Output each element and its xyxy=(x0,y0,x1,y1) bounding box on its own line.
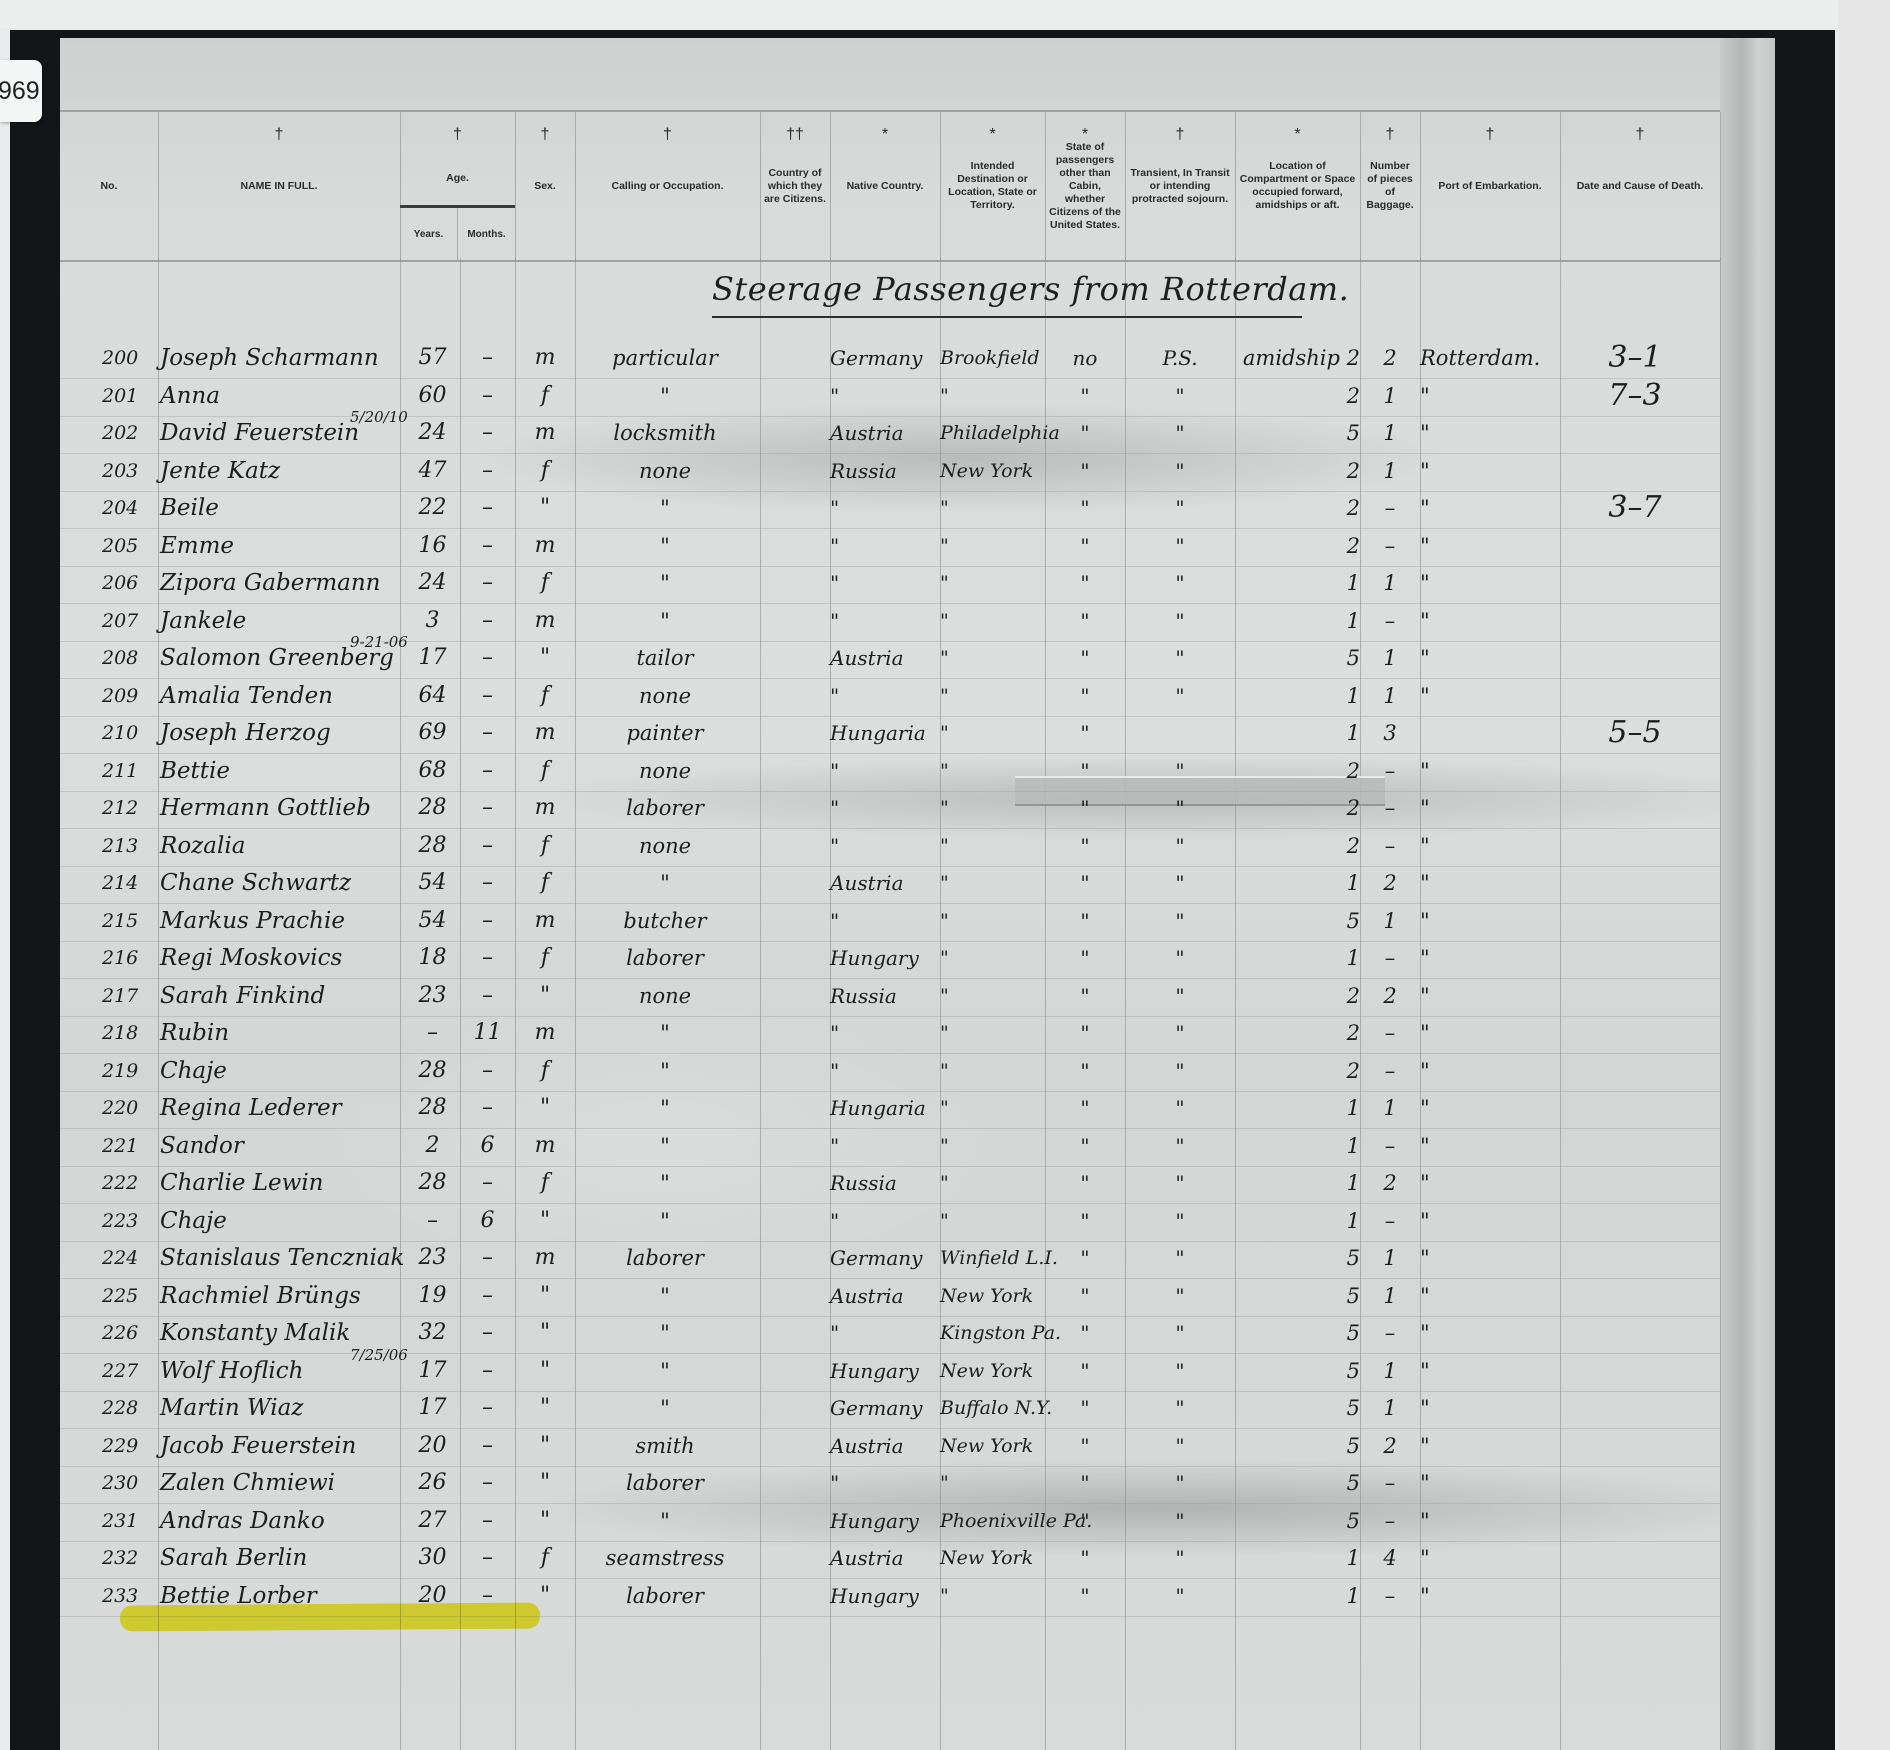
cell-location: 5 xyxy=(1235,901,1368,941)
cell-years: 28 xyxy=(405,788,460,828)
column-label: State of passengers other than Cabin, wh… xyxy=(1045,141,1125,232)
cell-port: " xyxy=(1420,1051,1560,1091)
cell-years: 17 xyxy=(405,638,460,678)
table-row: 218Rubin–11m"""""2–" xyxy=(60,1013,1720,1054)
table-row: 206Zipora Gabermann24–f"""""11" xyxy=(60,563,1720,604)
cell-transient: " xyxy=(1125,1088,1235,1128)
cell-death xyxy=(1560,413,1710,453)
cell-transient: " xyxy=(1125,1238,1235,1278)
cell-years: 23 xyxy=(405,1238,460,1278)
cell-location: 1 xyxy=(1235,563,1368,603)
cell-native: Hungary xyxy=(830,1576,935,1616)
column-marker: * xyxy=(830,128,940,141)
cell-port xyxy=(1420,713,1560,753)
cell-death: 3–1 xyxy=(1560,338,1710,378)
cell-port: " xyxy=(1420,413,1560,453)
cell-transient: " xyxy=(1125,938,1235,978)
column-marker: * xyxy=(1045,128,1125,141)
cell-no: 206 xyxy=(102,563,152,603)
cell-state: " xyxy=(1045,1163,1125,1203)
cell-no: 219 xyxy=(102,1051,152,1091)
cell-death xyxy=(1560,1276,1710,1316)
column-header-age: †Age.Years.Months. xyxy=(400,112,516,260)
table-row: 225Rachmiel Brüngs19–""AustriaNew York""… xyxy=(60,1276,1720,1317)
column-marker: †† xyxy=(760,128,830,141)
column-header-name: †NAME IN FULL. xyxy=(158,112,401,260)
cell-port: " xyxy=(1420,938,1560,978)
column-label: No. xyxy=(97,180,122,193)
cell-native: Hungary xyxy=(830,1501,935,1541)
cell-native: " xyxy=(830,676,935,716)
cell-state: " xyxy=(1045,1538,1125,1578)
cell-state: " xyxy=(1045,713,1125,753)
cell-occupation: laborer xyxy=(575,1238,755,1278)
cell-destination: " xyxy=(940,563,1050,603)
cell-state: " xyxy=(1045,826,1125,866)
cell-native: " xyxy=(830,1313,935,1353)
cell-baggage: 2 xyxy=(1360,863,1420,903)
cell-port: " xyxy=(1420,1463,1560,1503)
table-row: 202David Feuerstein24–mlocksmithAustriaP… xyxy=(60,413,1720,454)
cell-years: 28 xyxy=(405,826,460,866)
cell-port: " xyxy=(1420,1388,1560,1428)
cell-destination: Phoenixville Pa. xyxy=(940,1501,1050,1541)
cell-months: – xyxy=(460,413,515,453)
cell-location: 5 xyxy=(1235,413,1368,453)
cell-native: Germany xyxy=(830,1238,935,1278)
cell-death xyxy=(1560,1238,1710,1278)
cell-port: " xyxy=(1420,1163,1560,1203)
cell-sex: " xyxy=(515,976,575,1016)
cell-transient: " xyxy=(1125,1426,1235,1466)
cell-sex: m xyxy=(515,788,575,828)
cell-state: " xyxy=(1045,1576,1125,1616)
cell-years: 16 xyxy=(405,526,460,566)
cell-occupation: " xyxy=(575,1388,755,1428)
cell-baggage: 1 xyxy=(1360,901,1420,941)
cell-death xyxy=(1560,1051,1710,1091)
cell-no: 228 xyxy=(102,1388,152,1428)
cell-death xyxy=(1560,1013,1710,1053)
column-label: Intended Destination or Location, State … xyxy=(940,160,1045,212)
column-label: Date and Cause of Death. xyxy=(1573,180,1708,193)
cell-sex: m xyxy=(515,901,575,941)
column-label: Transient, In Transit or intending protr… xyxy=(1125,167,1235,206)
manifest-header-row: No.†NAME IN FULL.†Age.Years.Months.†Sex.… xyxy=(60,110,1720,262)
cell-location: 2 xyxy=(1235,788,1368,828)
cell-months: – xyxy=(460,638,515,678)
column-marker: * xyxy=(1235,128,1360,141)
cell-destination: " xyxy=(940,526,1050,566)
table-row: 201Anna60–f"""""21"7–3 xyxy=(60,376,1720,417)
manifest-section-title: Steerage Passengers from Rotterdam. xyxy=(712,270,1302,318)
cell-native: " xyxy=(830,601,935,641)
cell-death xyxy=(1560,1501,1710,1541)
cell-occupation: " xyxy=(575,1013,755,1053)
cell-baggage: 1 xyxy=(1360,638,1420,678)
cell-port: " xyxy=(1420,751,1560,791)
cell-destination: " xyxy=(940,938,1050,978)
cell-destination: " xyxy=(940,976,1050,1016)
cell-state: " xyxy=(1045,976,1125,1016)
cell-destination: " xyxy=(940,601,1050,641)
cell-months: – xyxy=(460,1088,515,1128)
cell-months: – xyxy=(460,751,515,791)
cell-death xyxy=(1560,638,1710,678)
cell-transient: " xyxy=(1125,863,1235,903)
cell-occupation: " xyxy=(575,1201,755,1241)
table-row: 222Charlie Lewin28–f"Russia"""12" xyxy=(60,1163,1720,1204)
cell-sex: f xyxy=(515,938,575,978)
cell-state: " xyxy=(1045,488,1125,528)
cell-state: " xyxy=(1045,1388,1125,1428)
cell-years: 57 xyxy=(405,338,460,378)
cell-transient: " xyxy=(1125,1576,1235,1616)
cell-destination: " xyxy=(940,638,1050,678)
cell-state: " xyxy=(1045,1463,1125,1503)
cell-state: " xyxy=(1045,938,1125,978)
table-row: 223Chaje–6""""""1–" xyxy=(60,1201,1720,1242)
cell-baggage: – xyxy=(1360,601,1420,641)
table-row: 231Andras Danko27–""HungaryPhoenixville … xyxy=(60,1501,1720,1542)
cell-port: " xyxy=(1420,1501,1560,1541)
column-label: Port of Embarkation. xyxy=(1434,180,1545,193)
cell-location: 2 xyxy=(1235,526,1368,566)
cell-no: 214 xyxy=(102,863,152,903)
cell-months: – xyxy=(460,1426,515,1466)
cell-destination: " xyxy=(940,1013,1050,1053)
cell-state: " xyxy=(1045,863,1125,903)
table-row: 204Beile22–""""""2–"3–7 xyxy=(60,488,1720,529)
manifest-scan: No.†NAME IN FULL.†Age.Years.Months.†Sex.… xyxy=(60,38,1775,1750)
cell-state: " xyxy=(1045,1276,1125,1316)
cell-native: Hungaria xyxy=(830,1088,935,1128)
cell-months: – xyxy=(460,1463,515,1503)
cell-sex: m xyxy=(515,713,575,753)
cell-transient: " xyxy=(1125,601,1235,641)
cell-port: " xyxy=(1420,1538,1560,1578)
table-row: 214Chane Schwartz54–f"Austria"""12" xyxy=(60,863,1720,904)
cell-years: 17 xyxy=(405,1351,460,1391)
cell-baggage: 1 xyxy=(1360,1351,1420,1391)
column-header-sex: †Sex. xyxy=(515,112,576,260)
cell-sex: f xyxy=(515,676,575,716)
cell-sex: " xyxy=(515,1351,575,1391)
cell-location: 1 xyxy=(1235,1201,1368,1241)
cell-occupation: " xyxy=(575,526,755,566)
cell-sex: m xyxy=(515,526,575,566)
cell-transient: " xyxy=(1125,376,1235,416)
cell-port: " xyxy=(1420,1313,1560,1353)
cell-no: 204 xyxy=(102,488,152,528)
cell-transient: " xyxy=(1125,788,1235,828)
cell-no: 202 xyxy=(102,413,152,453)
cell-destination: Brookfield xyxy=(940,338,1050,378)
cell-native: " xyxy=(830,826,935,866)
cell-state: " xyxy=(1045,676,1125,716)
cell-native: Hungaria xyxy=(830,713,935,753)
cell-no: 224 xyxy=(102,1238,152,1278)
cell-port: " xyxy=(1420,1088,1560,1128)
cell-location: 5 xyxy=(1235,1426,1368,1466)
cell-no: 210 xyxy=(102,713,152,753)
cell-destination: New York xyxy=(940,451,1050,491)
cell-port: " xyxy=(1420,451,1560,491)
cell-port: " xyxy=(1420,376,1560,416)
column-header-transient: †Transient, In Transit or intending prot… xyxy=(1125,112,1236,260)
cell-occupation: laborer xyxy=(575,788,755,828)
cell-baggage: 2 xyxy=(1360,1163,1420,1203)
cell-destination: " xyxy=(940,376,1050,416)
cell-years: 19 xyxy=(405,1276,460,1316)
cell-port: Rotterdam. xyxy=(1420,338,1560,378)
cell-baggage: – xyxy=(1360,1013,1420,1053)
cell-months: 6 xyxy=(460,1201,515,1241)
margin-annotation: 9-21-06 xyxy=(350,622,408,662)
cell-baggage: 3 xyxy=(1360,713,1420,753)
cell-death xyxy=(1560,451,1710,491)
column-label: Age. xyxy=(400,172,515,185)
cell-years: 47 xyxy=(405,451,460,491)
cell-location: 2 xyxy=(1235,1013,1368,1053)
cell-no: 222 xyxy=(102,1163,152,1203)
cell-port: " xyxy=(1420,826,1560,866)
cell-location: 2 xyxy=(1235,376,1368,416)
cell-destination: " xyxy=(940,901,1050,941)
cell-port: " xyxy=(1420,1013,1560,1053)
cell-transient: " xyxy=(1125,1276,1235,1316)
cell-native: " xyxy=(830,1051,935,1091)
cell-port: " xyxy=(1420,488,1560,528)
cell-months: – xyxy=(460,488,515,528)
cell-location: 1 xyxy=(1235,1538,1368,1578)
cell-location: 5 xyxy=(1235,1388,1368,1428)
cell-death xyxy=(1560,1126,1710,1166)
table-row: 211Bettie68–fnone""""2–" xyxy=(60,751,1720,792)
cell-state: " xyxy=(1045,1313,1125,1353)
table-row: 210Joseph Herzog69–mpainterHungaria""135… xyxy=(60,713,1720,754)
cell-state: " xyxy=(1045,751,1125,791)
cell-months: – xyxy=(460,1313,515,1353)
cell-port: " xyxy=(1420,676,1560,716)
cell-sex: " xyxy=(515,638,575,678)
cell-native: " xyxy=(830,788,935,828)
cell-baggage: – xyxy=(1360,751,1420,791)
cell-baggage: 2 xyxy=(1360,338,1420,378)
cell-sex: m xyxy=(515,413,575,453)
cell-years: 60 xyxy=(405,376,460,416)
cell-sex: " xyxy=(515,1313,575,1353)
cell-port: " xyxy=(1420,976,1560,1016)
column-header-state: *State of passengers other than Cabin, w… xyxy=(1045,112,1126,260)
cell-state: " xyxy=(1045,526,1125,566)
cell-transient: " xyxy=(1125,1201,1235,1241)
cell-location: 5 xyxy=(1235,1238,1368,1278)
cell-destination: " xyxy=(940,751,1050,791)
cell-occupation: " xyxy=(575,1088,755,1128)
cell-sex: m xyxy=(515,338,575,378)
cell-location: 5 xyxy=(1235,638,1368,678)
table-row: 209Amalia Tenden64–fnone""""11" xyxy=(60,676,1720,717)
cell-transient: " xyxy=(1125,1388,1235,1428)
cell-baggage: 1 xyxy=(1360,376,1420,416)
cell-state: " xyxy=(1045,901,1125,941)
cell-transient: " xyxy=(1125,751,1235,791)
cell-months: – xyxy=(460,713,515,753)
cell-state: " xyxy=(1045,1051,1125,1091)
cell-occupation: " xyxy=(575,1163,755,1203)
cell-years: – xyxy=(405,1201,460,1241)
cell-months: – xyxy=(460,526,515,566)
cell-death xyxy=(1560,901,1710,941)
cell-baggage: – xyxy=(1360,1201,1420,1241)
cell-destination: Kingston Pa. xyxy=(940,1313,1050,1353)
cell-baggage: 1 xyxy=(1360,1238,1420,1278)
cell-destination: New York xyxy=(940,1538,1050,1578)
cell-baggage: – xyxy=(1360,1463,1420,1503)
cell-occupation: laborer xyxy=(575,1463,755,1503)
cell-location: 5 xyxy=(1235,1313,1368,1353)
cell-months: – xyxy=(460,1238,515,1278)
cell-no: 201 xyxy=(102,376,152,416)
cell-state: " xyxy=(1045,1426,1125,1466)
cell-years: 64 xyxy=(405,676,460,716)
cell-sex: " xyxy=(515,1501,575,1541)
cell-transient: " xyxy=(1125,676,1235,716)
cell-months: – xyxy=(460,938,515,978)
cell-years: 32 xyxy=(405,1313,460,1353)
column-marker: † xyxy=(400,128,515,141)
table-row: 205Emme16–m"""""2–" xyxy=(60,526,1720,567)
cell-years: 28 xyxy=(405,1088,460,1128)
cell-occupation: locksmith xyxy=(575,413,755,453)
cell-baggage: 1 xyxy=(1360,563,1420,603)
cell-no: 207 xyxy=(102,601,152,641)
cell-transient: " xyxy=(1125,1501,1235,1541)
cell-no: 205 xyxy=(102,526,152,566)
cell-state: " xyxy=(1045,451,1125,491)
cell-baggage: 4 xyxy=(1360,1538,1420,1578)
cell-death xyxy=(1560,1576,1710,1616)
cell-port: " xyxy=(1420,1351,1560,1391)
cell-baggage: – xyxy=(1360,826,1420,866)
cell-occupation: none xyxy=(575,976,755,1016)
cell-port: " xyxy=(1420,526,1560,566)
page-number-badge[interactable]: 969 xyxy=(0,60,42,122)
cell-years: 2 xyxy=(405,1126,460,1166)
table-row: 200Joseph Scharmann57–mparticularGermany… xyxy=(60,338,1720,379)
cell-state: " xyxy=(1045,376,1125,416)
cell-native: Austria xyxy=(830,1426,935,1466)
table-row: 230Zalen Chmiewi26–"laborer""""5–" xyxy=(60,1463,1720,1504)
cell-occupation: " xyxy=(575,376,755,416)
cell-baggage: – xyxy=(1360,788,1420,828)
cell-destination: " xyxy=(940,1126,1050,1166)
cell-baggage: – xyxy=(1360,1126,1420,1166)
cell-death: 5–5 xyxy=(1560,713,1710,753)
cell-native: Austria xyxy=(830,863,935,903)
cell-baggage: – xyxy=(1360,1313,1420,1353)
cell-baggage: 1 xyxy=(1360,1088,1420,1128)
cell-occupation: particular xyxy=(575,338,755,378)
cell-port: " xyxy=(1420,788,1560,828)
cell-years: 27 xyxy=(405,1501,460,1541)
cell-months: – xyxy=(460,1538,515,1578)
column-marker: † xyxy=(575,128,760,141)
cell-port: " xyxy=(1420,1576,1560,1616)
cell-state: " xyxy=(1045,1238,1125,1278)
cell-death xyxy=(1560,1463,1710,1503)
cell-sex: " xyxy=(515,488,575,528)
cell-months: – xyxy=(460,1276,515,1316)
cell-months: – xyxy=(460,788,515,828)
cell-port: " xyxy=(1420,1201,1560,1241)
table-row: 213Rozalia28–fnone""""2–" xyxy=(60,826,1720,867)
cell-destination: " xyxy=(940,1163,1050,1203)
margin-annotation: 7/25/06 xyxy=(350,1335,408,1375)
column-label: Country of which they are Citizens. xyxy=(760,167,830,206)
column-header-native: *Native Country. xyxy=(830,112,941,260)
cell-sex: f xyxy=(515,563,575,603)
cell-port: " xyxy=(1420,1276,1560,1316)
cell-location: 5 xyxy=(1235,1276,1368,1316)
cell-transient: " xyxy=(1125,638,1235,678)
cell-transient: " xyxy=(1125,1163,1235,1203)
cell-location: 5 xyxy=(1235,1351,1368,1391)
cell-destination: Philadelphia xyxy=(940,413,1050,453)
column-label: Native Country. xyxy=(843,180,928,193)
table-row: 212Hermann Gottlieb28–mlaborer""""2–" xyxy=(60,788,1720,829)
cell-no: 223 xyxy=(102,1201,152,1241)
cell-years: 54 xyxy=(405,901,460,941)
cell-occupation: " xyxy=(575,563,755,603)
cell-no: 209 xyxy=(102,676,152,716)
cell-location: amidship 2 xyxy=(1235,338,1368,378)
cell-baggage: – xyxy=(1360,488,1420,528)
cell-no: 211 xyxy=(102,751,152,791)
cell-occupation: butcher xyxy=(575,901,755,941)
cell-no: 215 xyxy=(102,901,152,941)
cell-sex: f xyxy=(515,376,575,416)
table-row: 217Sarah Finkind23–"noneRussia"""22" xyxy=(60,976,1720,1017)
column-marker: † xyxy=(158,128,400,141)
table-row: 229Jacob Feuerstein20–"smithAustriaNew Y… xyxy=(60,1426,1720,1467)
cell-transient: " xyxy=(1125,526,1235,566)
cell-death: 7–3 xyxy=(1560,376,1710,416)
cell-transient: " xyxy=(1125,1126,1235,1166)
cell-destination: " xyxy=(940,713,1050,753)
cell-years: 18 xyxy=(405,938,460,978)
cell-death xyxy=(1560,676,1710,716)
cell-death xyxy=(1560,976,1710,1016)
cell-death xyxy=(1560,1313,1710,1353)
cell-occupation: none xyxy=(575,451,755,491)
table-row: 227Wolf Hoflich17–""HungaryNew York""51"… xyxy=(60,1351,1720,1392)
cell-destination: " xyxy=(940,676,1050,716)
cell-native: Russia xyxy=(830,451,935,491)
table-row: 216Regi Moskovics18–flaborerHungary"""1–… xyxy=(60,938,1720,979)
cell-occupation: " xyxy=(575,1351,755,1391)
cell-native: Russia xyxy=(830,976,935,1016)
cell-native: Austria xyxy=(830,1276,935,1316)
cell-state: " xyxy=(1045,1501,1125,1541)
cell-location: 1 xyxy=(1235,1126,1368,1166)
cell-death xyxy=(1560,601,1710,641)
column-marker: † xyxy=(515,128,575,141)
screen-bezel-right xyxy=(1838,0,1890,1750)
cell-no: 208 xyxy=(102,638,152,678)
column-label: Calling or Occupation. xyxy=(607,180,727,193)
